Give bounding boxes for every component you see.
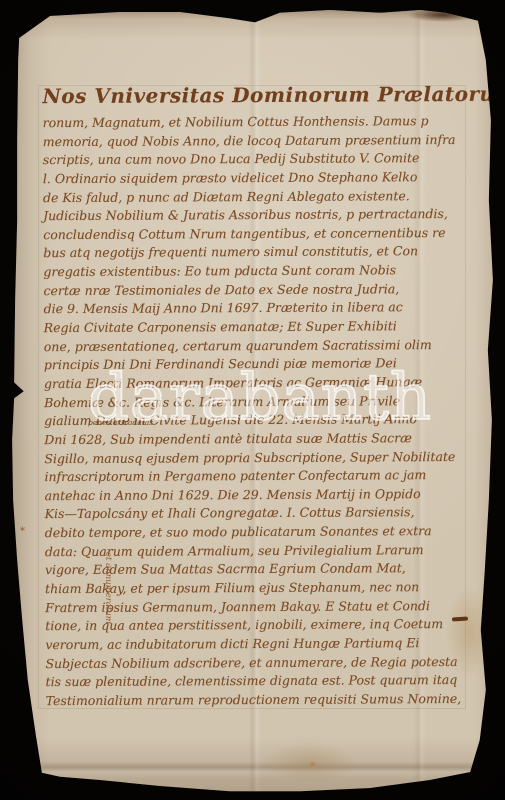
paper-stain [309, 761, 316, 767]
margin-note: et annumeratum [99, 552, 113, 662]
manuscript-line: die 9. Mensis Maij Anno Dni 1697. Præter… [44, 299, 468, 320]
singed-edge [408, 8, 478, 22]
manuscript-line: concludendisq Cottum Nrum tangentibus, e… [43, 225, 467, 246]
manuscript-line: Regia Civitate Carponensis emanatæ; Et S… [44, 318, 468, 339]
manuscript-paper: Nos Vniversitas Dominorum Prælatorum, Ba… [0, 0, 505, 800]
interlinear-insertion: penes extradatas [88, 418, 153, 427]
manuscript-line: Judicibus Nobilium & Juratis Assoribus n… [43, 206, 467, 227]
manuscript-line: infrascriptorum in Pergameno patenter Co… [44, 467, 468, 488]
manuscript-line: principis Dni Dni Ferdinandi Secundi piæ… [44, 355, 468, 376]
photo-stage: Nos Vniversitas Dominorum Prælatorum, Ba… [0, 0, 505, 800]
margin-mark: * [20, 526, 25, 537]
manuscript-line: tis suæ plenitudine, clementissime digna… [45, 672, 469, 693]
manuscript-line: antehac in Anno Dni 1629. Die 29. Mensis… [45, 486, 469, 507]
manuscript-line: Bohemiæ &c. Regis &c. Literarum Armalium… [44, 392, 468, 413]
manuscript-line: de Kis falud, p nunc ad Diætam Regni Abl… [43, 187, 467, 208]
manuscript-line: one, præsentationeq, certarum quarundem … [44, 337, 468, 358]
manuscript-line: certæ nræ Testimoniales de Dato ex Sede … [43, 281, 467, 302]
manuscript-line: Testimonialium nrarum reproductionem req… [46, 691, 470, 712]
manuscript-line: memoria, quod Nobis Anno, die locoq Data… [43, 132, 467, 153]
manuscript-line: Kis—Tapolcsány et Ihali Congregatæ. I. C… [45, 504, 469, 525]
manuscript-line: Dni 1628, Sub impendenti antè titulata s… [44, 430, 468, 451]
manuscript-line: bus atq negotijs frequenti numero simul … [43, 243, 467, 264]
manuscript-line: debito tempore, et suo modo publicatarum… [45, 523, 469, 544]
manuscript-line: Sigillo, manusq ejusdem propria Subscrip… [44, 448, 468, 469]
manuscript-line: ronum, Magnatum, et Nobilium Cottus Hont… [43, 113, 467, 134]
manuscript-line: gratia Electi Romanorum Imperatoris ac G… [44, 374, 468, 395]
manuscript-line: scriptis, una cum novo Dno Luca Pedij Su… [43, 150, 467, 171]
manuscript-line: gregatis existentibus: Eo tum pducta Sun… [43, 262, 467, 283]
manuscript-line: Nos Vniversitas Dominorum Prælatorum, Ba [42, 71, 466, 115]
manuscript-line: l. Ordinario siquidem præsto videlicet D… [43, 169, 467, 190]
